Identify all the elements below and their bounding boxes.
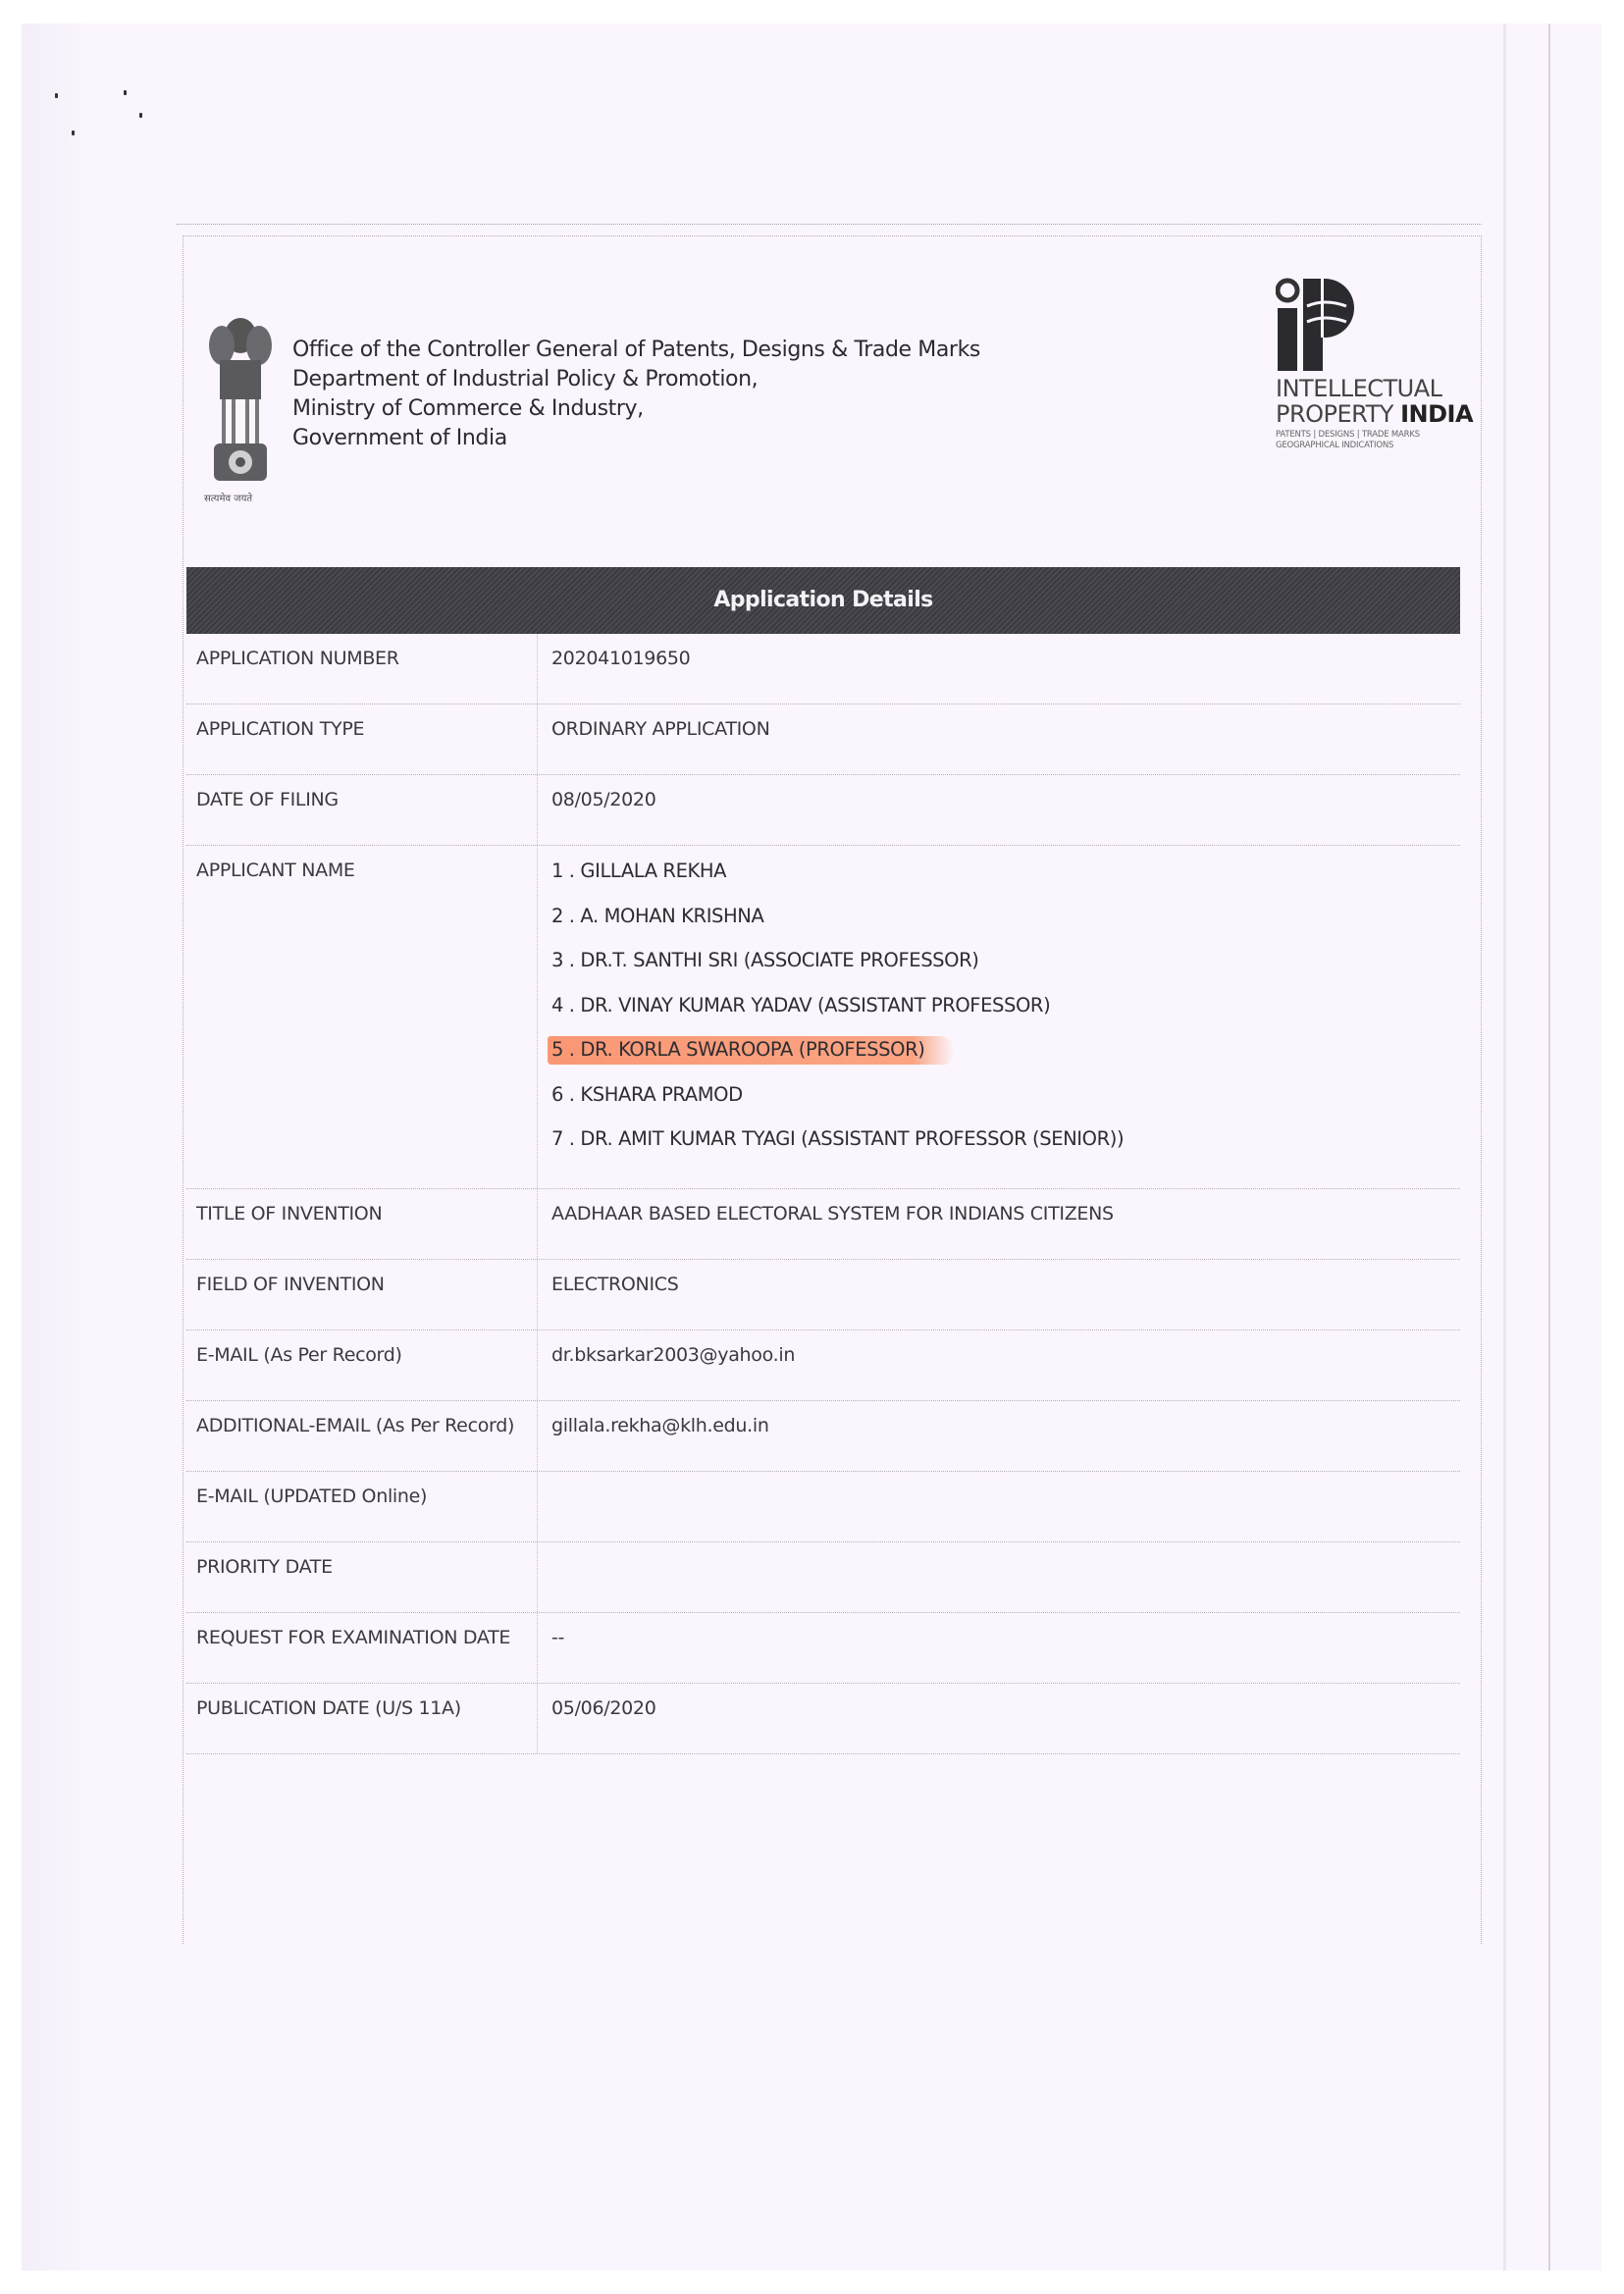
scan-shadow bbox=[22, 24, 90, 2270]
applicant-item: 6 . KSHARA PRAMOD bbox=[551, 1083, 1460, 1128]
applicant-item: 7 . DR. AMIT KUMAR TYAGI (ASSISTANT PROF… bbox=[551, 1127, 1460, 1173]
row-value: gillala.rekha@klh.edu.in bbox=[538, 1401, 1460, 1471]
office-line: Department of Industrial Policy & Promot… bbox=[292, 365, 980, 394]
table-row: PRIORITY DATE bbox=[186, 1542, 1460, 1613]
ip-india-logo: INTELLECTUAL PROPERTY INDIA PATENTS | DE… bbox=[1276, 277, 1472, 493]
office-address: Office of the Controller General of Pate… bbox=[292, 336, 980, 453]
table-row: ADDITIONAL-EMAIL (As Per Record) gillala… bbox=[186, 1401, 1460, 1472]
ip-logo-subtext: PATENTS | DESIGNS | TRADE MARKS GEOGRAPH… bbox=[1276, 430, 1462, 451]
applicant-item: 1 . GILLALA REKHA bbox=[551, 860, 1460, 905]
application-details-table: Application Details APPLICATION NUMBER 2… bbox=[186, 567, 1460, 1754]
row-value: 05/06/2020 bbox=[538, 1684, 1460, 1753]
applicant-item: 3 . DR.T. SANTHI SRI (ASSOCIATE PROFESSO… bbox=[551, 949, 1460, 994]
table-row-applicants: APPLICANT NAME 1 . GILLALA REKHA 2 . A. … bbox=[186, 846, 1460, 1189]
table-row: FIELD OF INVENTION ELECTRONICS bbox=[186, 1260, 1460, 1330]
row-label: FIELD OF INVENTION bbox=[186, 1260, 538, 1329]
ip-logo-text-property: PROPERTY bbox=[1276, 400, 1393, 428]
table-row: PUBLICATION DATE (U/S 11A) 05/06/2020 bbox=[186, 1684, 1460, 1754]
highlighter-mark: 5 . DR. KORLA SWAROOPA (PROFESSOR) bbox=[548, 1036, 954, 1065]
row-label: PRIORITY DATE bbox=[186, 1542, 538, 1612]
scan-speck bbox=[72, 130, 75, 135]
row-label: ADDITIONAL-EMAIL (As Per Record) bbox=[186, 1401, 538, 1471]
row-value: 08/05/2020 bbox=[538, 775, 1460, 845]
row-value: AADHAAR BASED ELECTORAL SYSTEM FOR INDIA… bbox=[538, 1189, 1460, 1259]
applicant-item: 2 . A. MOHAN KRISHNA bbox=[551, 905, 1460, 950]
row-value: 202041019650 bbox=[538, 634, 1460, 704]
page-frame-top bbox=[177, 224, 1482, 226]
row-label: APPLICANT NAME bbox=[186, 846, 538, 1188]
row-label: E-MAIL (As Per Record) bbox=[186, 1330, 538, 1400]
row-label: APPLICATION TYPE bbox=[186, 704, 538, 774]
row-label: PUBLICATION DATE (U/S 11A) bbox=[186, 1684, 538, 1753]
office-line: Ministry of Commerce & Industry, bbox=[292, 394, 980, 424]
row-label: TITLE OF INVENTION bbox=[186, 1189, 538, 1259]
row-value bbox=[538, 1472, 1460, 1541]
table-row: APPLICATION TYPE ORDINARY APPLICATION bbox=[186, 704, 1460, 775]
scan-artifact-line bbox=[1503, 24, 1506, 2270]
office-line: Office of the Controller General of Pate… bbox=[292, 336, 980, 365]
table-row: APPLICATION NUMBER 202041019650 bbox=[186, 634, 1460, 704]
table-row: TITLE OF INVENTION AADHAAR BASED ELECTOR… bbox=[186, 1189, 1460, 1260]
office-line: Government of India bbox=[292, 424, 980, 453]
table-title: Application Details bbox=[186, 567, 1460, 634]
row-value bbox=[538, 1542, 1460, 1612]
row-value: -- bbox=[538, 1613, 1460, 1683]
applicant-list: 1 . GILLALA REKHA 2 . A. MOHAN KRISHNA 3… bbox=[538, 846, 1460, 1188]
scan-speck bbox=[139, 113, 142, 118]
row-label: REQUEST FOR EXAMINATION DATE bbox=[186, 1613, 538, 1683]
scan-speck bbox=[55, 93, 58, 98]
table-row: REQUEST FOR EXAMINATION DATE -- bbox=[186, 1613, 1460, 1684]
applicant-item-highlighted: 5 . DR. KORLA SWAROOPA (PROFESSOR) bbox=[551, 1038, 1460, 1083]
applicant-item: 4 . DR. VINAY KUMAR YADAV (ASSISTANT PRO… bbox=[551, 994, 1460, 1039]
ip-logo-text: INTELLECTUAL bbox=[1276, 375, 1442, 402]
scan-speck bbox=[124, 90, 127, 95]
row-label: APPLICATION NUMBER bbox=[186, 634, 538, 704]
table-row: E-MAIL (As Per Record) dr.bksarkar2003@y… bbox=[186, 1330, 1460, 1401]
row-value: ELECTRONICS bbox=[538, 1260, 1460, 1329]
national-emblem-icon bbox=[206, 306, 275, 507]
scan-artifact-line bbox=[1548, 24, 1550, 2270]
table-row: E-MAIL (UPDATED Online) bbox=[186, 1472, 1460, 1542]
row-value: dr.bksarkar2003@yahoo.in bbox=[538, 1330, 1460, 1400]
row-value: ORDINARY APPLICATION bbox=[538, 704, 1460, 774]
ip-logo-text: PROPERTY INDIA bbox=[1276, 400, 1473, 428]
ip-india-mark-icon bbox=[1276, 277, 1354, 373]
table-row: DATE OF FILING 08/05/2020 bbox=[186, 775, 1460, 846]
emblem-motto: सत्यमेव जयते bbox=[204, 491, 252, 504]
row-label: DATE OF FILING bbox=[186, 775, 538, 845]
row-label: E-MAIL (UPDATED Online) bbox=[186, 1472, 538, 1541]
ip-logo-text-india: INDIA bbox=[1400, 400, 1473, 428]
